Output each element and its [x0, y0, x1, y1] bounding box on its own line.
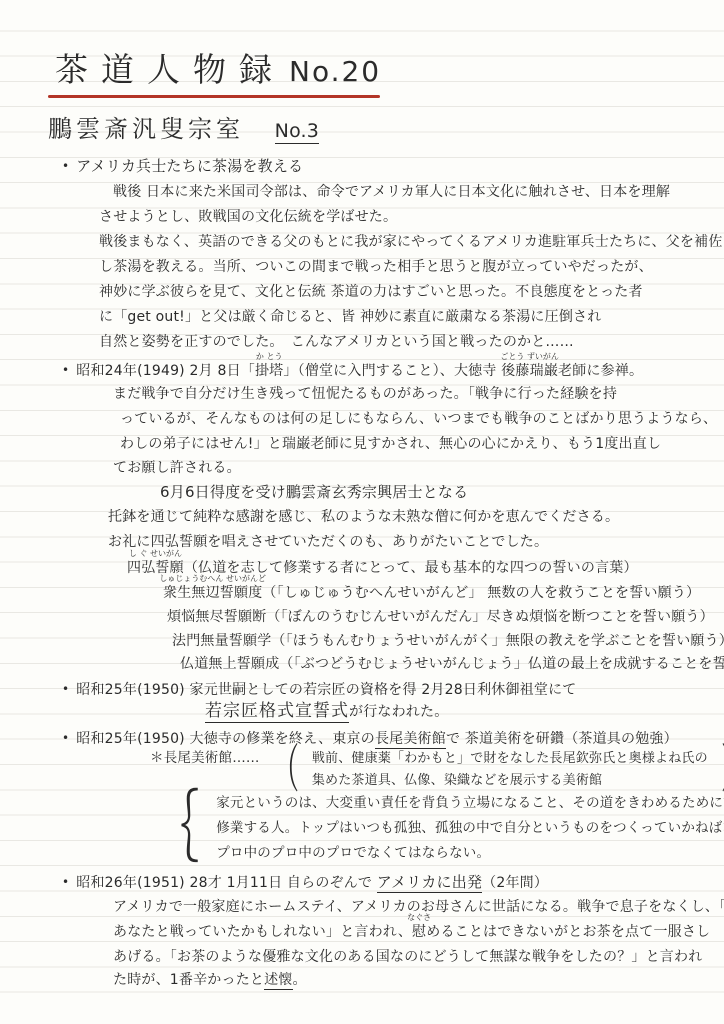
vow-line: 法門無量誓願学（「ほうもんむりょうせいがんがく」無限の教えを学ぶことを誓い願う） — [172, 631, 724, 651]
ruby-segment: なぐさ慰 — [412, 922, 426, 942]
ruby-segment: しゅじょうむへん せいがんど衆生無辺誓願度 — [163, 583, 262, 603]
ruby-base: 後藤瑞巌 — [501, 363, 558, 379]
paren-open-icon: （ — [273, 744, 299, 796]
bullet-item: •昭和26年(1951) 28才 1月11日 自らのぞんで アメリカに出発（2年… — [62, 872, 548, 893]
quote-line: プロ中のプロ中のプロでなくてはならない。 — [216, 841, 724, 866]
paragraph-line: 托鉢を通じて純粋な感謝を感じ、私のような未熟な僧に何かを恵んでくださる。 — [108, 507, 619, 527]
paragraph-line: 戦後まもなく、英語のできる父のもとに我が家にやってくるアメリカ進駐軍兵士たちに、… — [99, 232, 723, 252]
bullet-text: 昭和26年(1951) 28才 1月11日 自らのぞんで — [76, 875, 377, 891]
paragraph-line: あげる。「お茶のような優雅な文化のある国なのにどうして無謀な戦争をしたの？」と言… — [113, 947, 702, 967]
vow-text: （「しゅじゅうむへんせいがんど」 無数の人を救うことを誓い願う） — [262, 585, 700, 601]
bullet-text: 昭和24年(1949) 2月 8日「 — [76, 363, 255, 379]
bullet-text: 昭和25年(1950) 家元世嗣としての若宗匠の資格を得 2月28日利休御祖堂に… — [76, 682, 576, 698]
paragraph-line: まだ戦争で自分だけ生き残って忸怩たるものがあった。「戦争に行った経験を持 — [113, 384, 617, 404]
bullet-icon: • — [62, 156, 69, 176]
paragraph-line: し茶湯を教える。当所、ついこの間まで戦った相手と思うと腹が立っていやだったが、 — [99, 257, 653, 277]
paragraph-line: た時が、1番辛かったと述懐。 — [113, 970, 307, 990]
quote-line: 修業する人。トップはいつも孤独、孤独の中で自分というものをつくっていかねばならな… — [216, 816, 724, 841]
paragraph-text: めることはできないがとお茶を点て一服さし — [426, 924, 710, 940]
paragraph-line: させようとし、敗戦国の文化伝統を学ばせた。 — [99, 207, 397, 227]
paragraph-line: っているが、そんなものは何の足しにもならん、いつまでも戦争のことばかり思うような… — [120, 409, 717, 429]
bullet-item: •アメリカ兵士たちに茶湯を教える — [62, 156, 303, 176]
vow-line: 煩悩無尽誓願断（「ぼんのうむじんせいがんだん」尽きぬ煩悩を断つことを誓い願う） — [167, 607, 714, 627]
furigana: ごとう ずいがん — [500, 353, 559, 361]
furigana: し ぐ せいがん — [129, 550, 182, 558]
vow-line: しゅじょうむへん せいがんど衆生無辺誓願度（「しゅじゅうむへんせいがんど」 無数… — [163, 583, 700, 603]
paragraph-line: 6月6日得度を受け鵬雲斎玄秀宗興居士となる — [160, 482, 468, 502]
subtitle-text: 鵬雲斎汎叟宗室 — [48, 115, 244, 143]
page-title: 茶道人物録No.20 — [55, 50, 381, 90]
subtitle: 鵬雲斎汎叟宗室 No.3 — [48, 113, 319, 145]
bullet-text: 老師に参禅。 — [558, 363, 643, 379]
ruby-base: 衆生無辺誓願度 — [163, 585, 262, 601]
bullet-icon: • — [62, 360, 69, 380]
paragraph-line: 戦後 日本に来た米国司令部は、命令でアメリカ軍人に日本文化に触れさせ、日本を理解 — [113, 182, 670, 202]
ceremony-line: 若宗匠格式宣誓式が行なわれた。 — [205, 701, 448, 722]
furigana: か とう — [256, 353, 283, 361]
paragraph-text: 。 — [293, 972, 307, 988]
bullet-item: •昭和25年(1950) 家元世嗣としての若宗匠の資格を得 2月28日利休御祖堂… — [62, 679, 576, 700]
ruby-base: 掛塔 — [255, 363, 283, 379]
ruby-segment: ごとう ずいがん後藤瑞巌 — [501, 361, 558, 381]
ruby-segment: か とう掛塔 — [255, 361, 283, 381]
note-label: ＊長尾美術館…… — [150, 748, 260, 768]
underlined-phrase: アメリカに出発 — [377, 873, 482, 893]
paragraph-line: わしの弟子にはせん!」と瑞巌老師に見すかされ、無心の心にかえり、もう1度出直し — [120, 434, 661, 454]
quote-line: 家元というのは、大変重い責任を背負う立場になること、その道をきわめるために誰より… — [216, 791, 724, 816]
note-line: 集めた茶道具、仏像、染織などを展示する美術館 — [312, 770, 708, 792]
bullet-text: 」（僧堂に入門すること）、大徳寺 — [283, 363, 501, 379]
notebook-page: 茶道人物録No.20 鵬雲斎汎叟宗室 No.3 •アメリカ兵士たちに茶湯を教える… — [0, 0, 724, 1024]
title-underline — [48, 95, 380, 98]
underlined-phrase: 若宗匠格式宣誓式 — [205, 701, 349, 723]
paragraph-line: に「get out!」と父は厳く命じると、皆 神妙に素直に厳粛なる茶湯に圧倒され — [99, 307, 601, 327]
note-body: 戦前、健康薬「わかもと」で財をなした長尾欽弥氏と奥様よね氏の 集めた茶道具、仏像… — [312, 748, 708, 792]
paragraph-line: あなたと戦っていたかもしれない」と言われ、なぐさ慰めることはできないがとお茶を点… — [113, 922, 710, 942]
note-block: ＊長尾美術館…… （ 戦前、健康薬「わかもと」で財をなした長尾欽弥氏と奥様よね氏… — [150, 744, 724, 796]
brace-icon: ｛ — [157, 790, 199, 866]
bullet-icon: • — [62, 679, 69, 699]
bullet-icon: • — [62, 728, 69, 748]
ceremony-text: が行なわれた。 — [349, 704, 448, 720]
paragraph-text: た時が、1番辛かったと — [113, 972, 264, 988]
note-line: 戦前、健康薬「わかもと」で財をなした長尾欽弥氏と奥様よね氏の — [312, 748, 708, 770]
furigana: なぐさ — [407, 914, 431, 922]
bullet-text: アメリカ兵士たちに茶湯を教える — [76, 157, 303, 175]
quote-block: ｛ 家元というのは、大変重い責任を背負う立場になること、その道をきわめるために誰… — [140, 790, 724, 866]
ruby-base: 慰 — [412, 924, 426, 940]
title-text: 茶道人物録 — [55, 50, 285, 89]
furigana: しゅじょうむへん せいがんど — [159, 575, 266, 583]
paragraph-text: あなたと戦っていたかもしれない」と言われ、 — [113, 924, 412, 940]
underlined-phrase: 述懐 — [264, 972, 292, 990]
paragraph-line: てお願し許される。 — [113, 458, 241, 478]
paragraph-line: 神妙に学ぶ彼らを見て、文化と伝統 茶道の力はすごいと思った。不良態度をとった者 — [99, 282, 643, 302]
bullet-icon: • — [62, 872, 69, 892]
title-number: No.20 — [289, 55, 381, 88]
bullet-text: （2年間） — [482, 875, 548, 891]
bullet-item: •昭和24年(1949) 2月 8日「か とう掛塔」（僧堂に入門すること）、大徳… — [62, 360, 643, 381]
quote-body: 家元というのは、大変重い責任を背負う立場になること、その道をきわめるために誰より… — [216, 791, 724, 866]
paragraph-line: 自然と姿勢を正すのでした。 こんなアメリカという国と戦ったのかと…… — [99, 332, 574, 352]
vow-line: 仏道無上誓願成（「ぶつどうむじょうせいがんじょう」仏道の最上を成就することを誓い… — [180, 654, 724, 674]
subtitle-number: No.3 — [275, 120, 319, 144]
